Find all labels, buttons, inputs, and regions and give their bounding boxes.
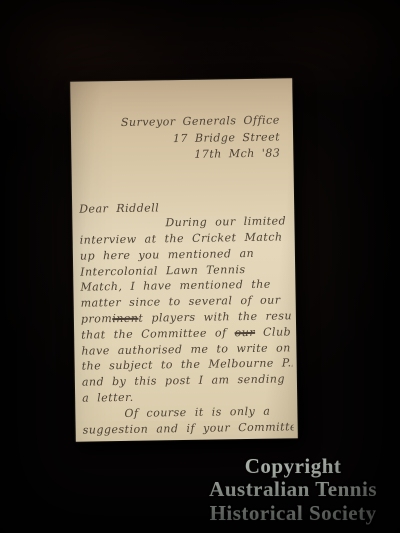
letter-line: suggestion and if your Committee: [83, 419, 294, 438]
copyright-notice: Copyright Australian Tennis Historical S…: [209, 455, 377, 526]
copyright-line: Copyright: [209, 455, 377, 479]
letter-heading: Surveyor Generals Office 17 Bridge Stree…: [71, 112, 281, 165]
letter-line: and by this post I am sending: [82, 372, 293, 391]
letter-paper: Surveyor Generals Office 17 Bridge Stree…: [70, 78, 298, 441]
struck-text: our: [235, 326, 256, 339]
letter-line: interview at the Cricket Match: [80, 229, 291, 248]
letter-text: Club: [255, 325, 291, 339]
letter-text: prom: [81, 312, 113, 325]
letter-body: Dear Riddell During our limited intervie…: [79, 198, 294, 438]
letter-photograph: Surveyor Generals Office 17 Bridge Stree…: [0, 0, 400, 533]
copyright-org-line: Historical Society: [209, 502, 377, 526]
letter-text: that the Committee of: [81, 326, 235, 341]
copyright-org-line: Australian Tennis: [209, 478, 377, 502]
heading-date-line: 17th Mch '83: [71, 145, 280, 165]
struck-text: inen: [112, 312, 138, 325]
letter-text: t players with the result: [138, 309, 292, 325]
